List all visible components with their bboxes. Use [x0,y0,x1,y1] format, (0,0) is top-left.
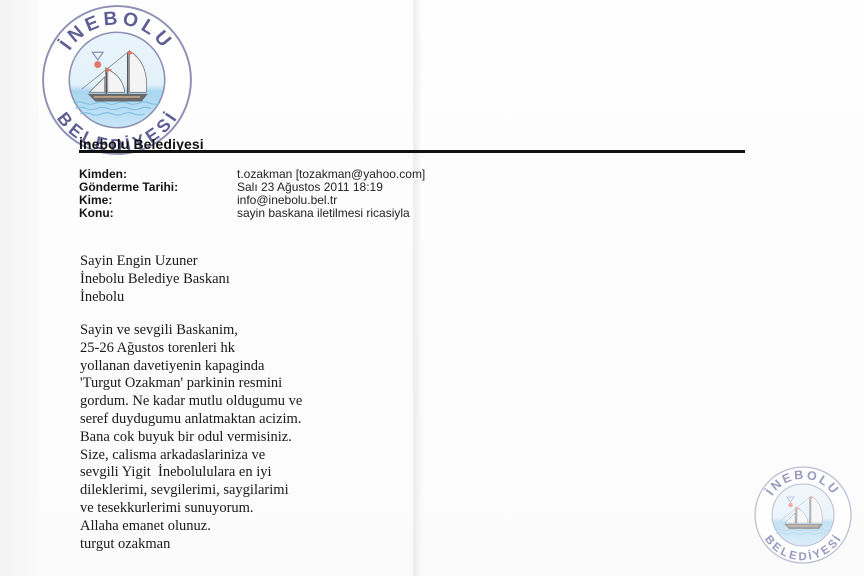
body-line: Allaha emanet olunuz. [80,518,302,536]
letter-body: Sayin ve sevgili Baskanim, 25-26 Ağustos… [80,322,302,553]
body-line: Size, calisma arkadaslariniza ve [80,447,302,465]
scanned-letter-page: İNEBOLU BELEDİYESİ İnebolu Belediyesi Ki… [0,0,864,576]
subject-label: Konu: [79,207,237,220]
ship-emblem-icon: İNEBOLU BELEDİYESİ [40,3,194,157]
body-line: dileklerimi, sevgilerimi, saygilarimi [80,482,302,500]
signature: turgut ozakman [80,536,302,554]
address-line: Sayin Engin Uzuner [80,253,230,271]
recipient-address: Sayin Engin Uzuner İnebolu Belediye Bask… [80,253,230,306]
body-line: yollanan davetiyenin kapaginda [80,358,302,376]
subject-value: sayin baskana iletilmesi ricasiyla [237,207,410,220]
email-header-subject: Konu: sayin baskana iletilmesi ricasiyla [79,207,425,220]
body-line: gordum. Ne kadar mutlu oldugumu ve [80,393,302,411]
body-line: ve tesekkurlerimi sunuyorum. [80,500,302,518]
body-line: sevgili Yigit İnebolululara en iyi [80,464,302,482]
body-line: Sayin ve sevgili Baskanim, [80,322,302,340]
address-line: İnebolu [80,289,230,307]
body-line: 25-26 Ağustos torenleri hk [80,340,302,358]
email-header: Kimden: t.ozakman [tozakman@yahoo.com] G… [79,168,425,220]
body-line: Bana cok buyuk bir odul vermisiniz. [80,429,302,447]
ship-emblem-icon: İNEBOLU BELEDİYESİ [753,465,853,565]
inebolu-municipality-logo: İNEBOLU BELEDİYESİ [40,3,194,157]
scan-edge-shadow [0,0,38,576]
header-divider [79,150,745,153]
address-line: İnebolu Belediye Baskanı [80,271,230,289]
body-line: 'Turgut Ozakman' parkinin resmini [80,375,302,393]
watermark-logo: İNEBOLU BELEDİYESİ [753,465,853,565]
body-line: seref duydugumu anlatmaktan acizim. [80,411,302,429]
